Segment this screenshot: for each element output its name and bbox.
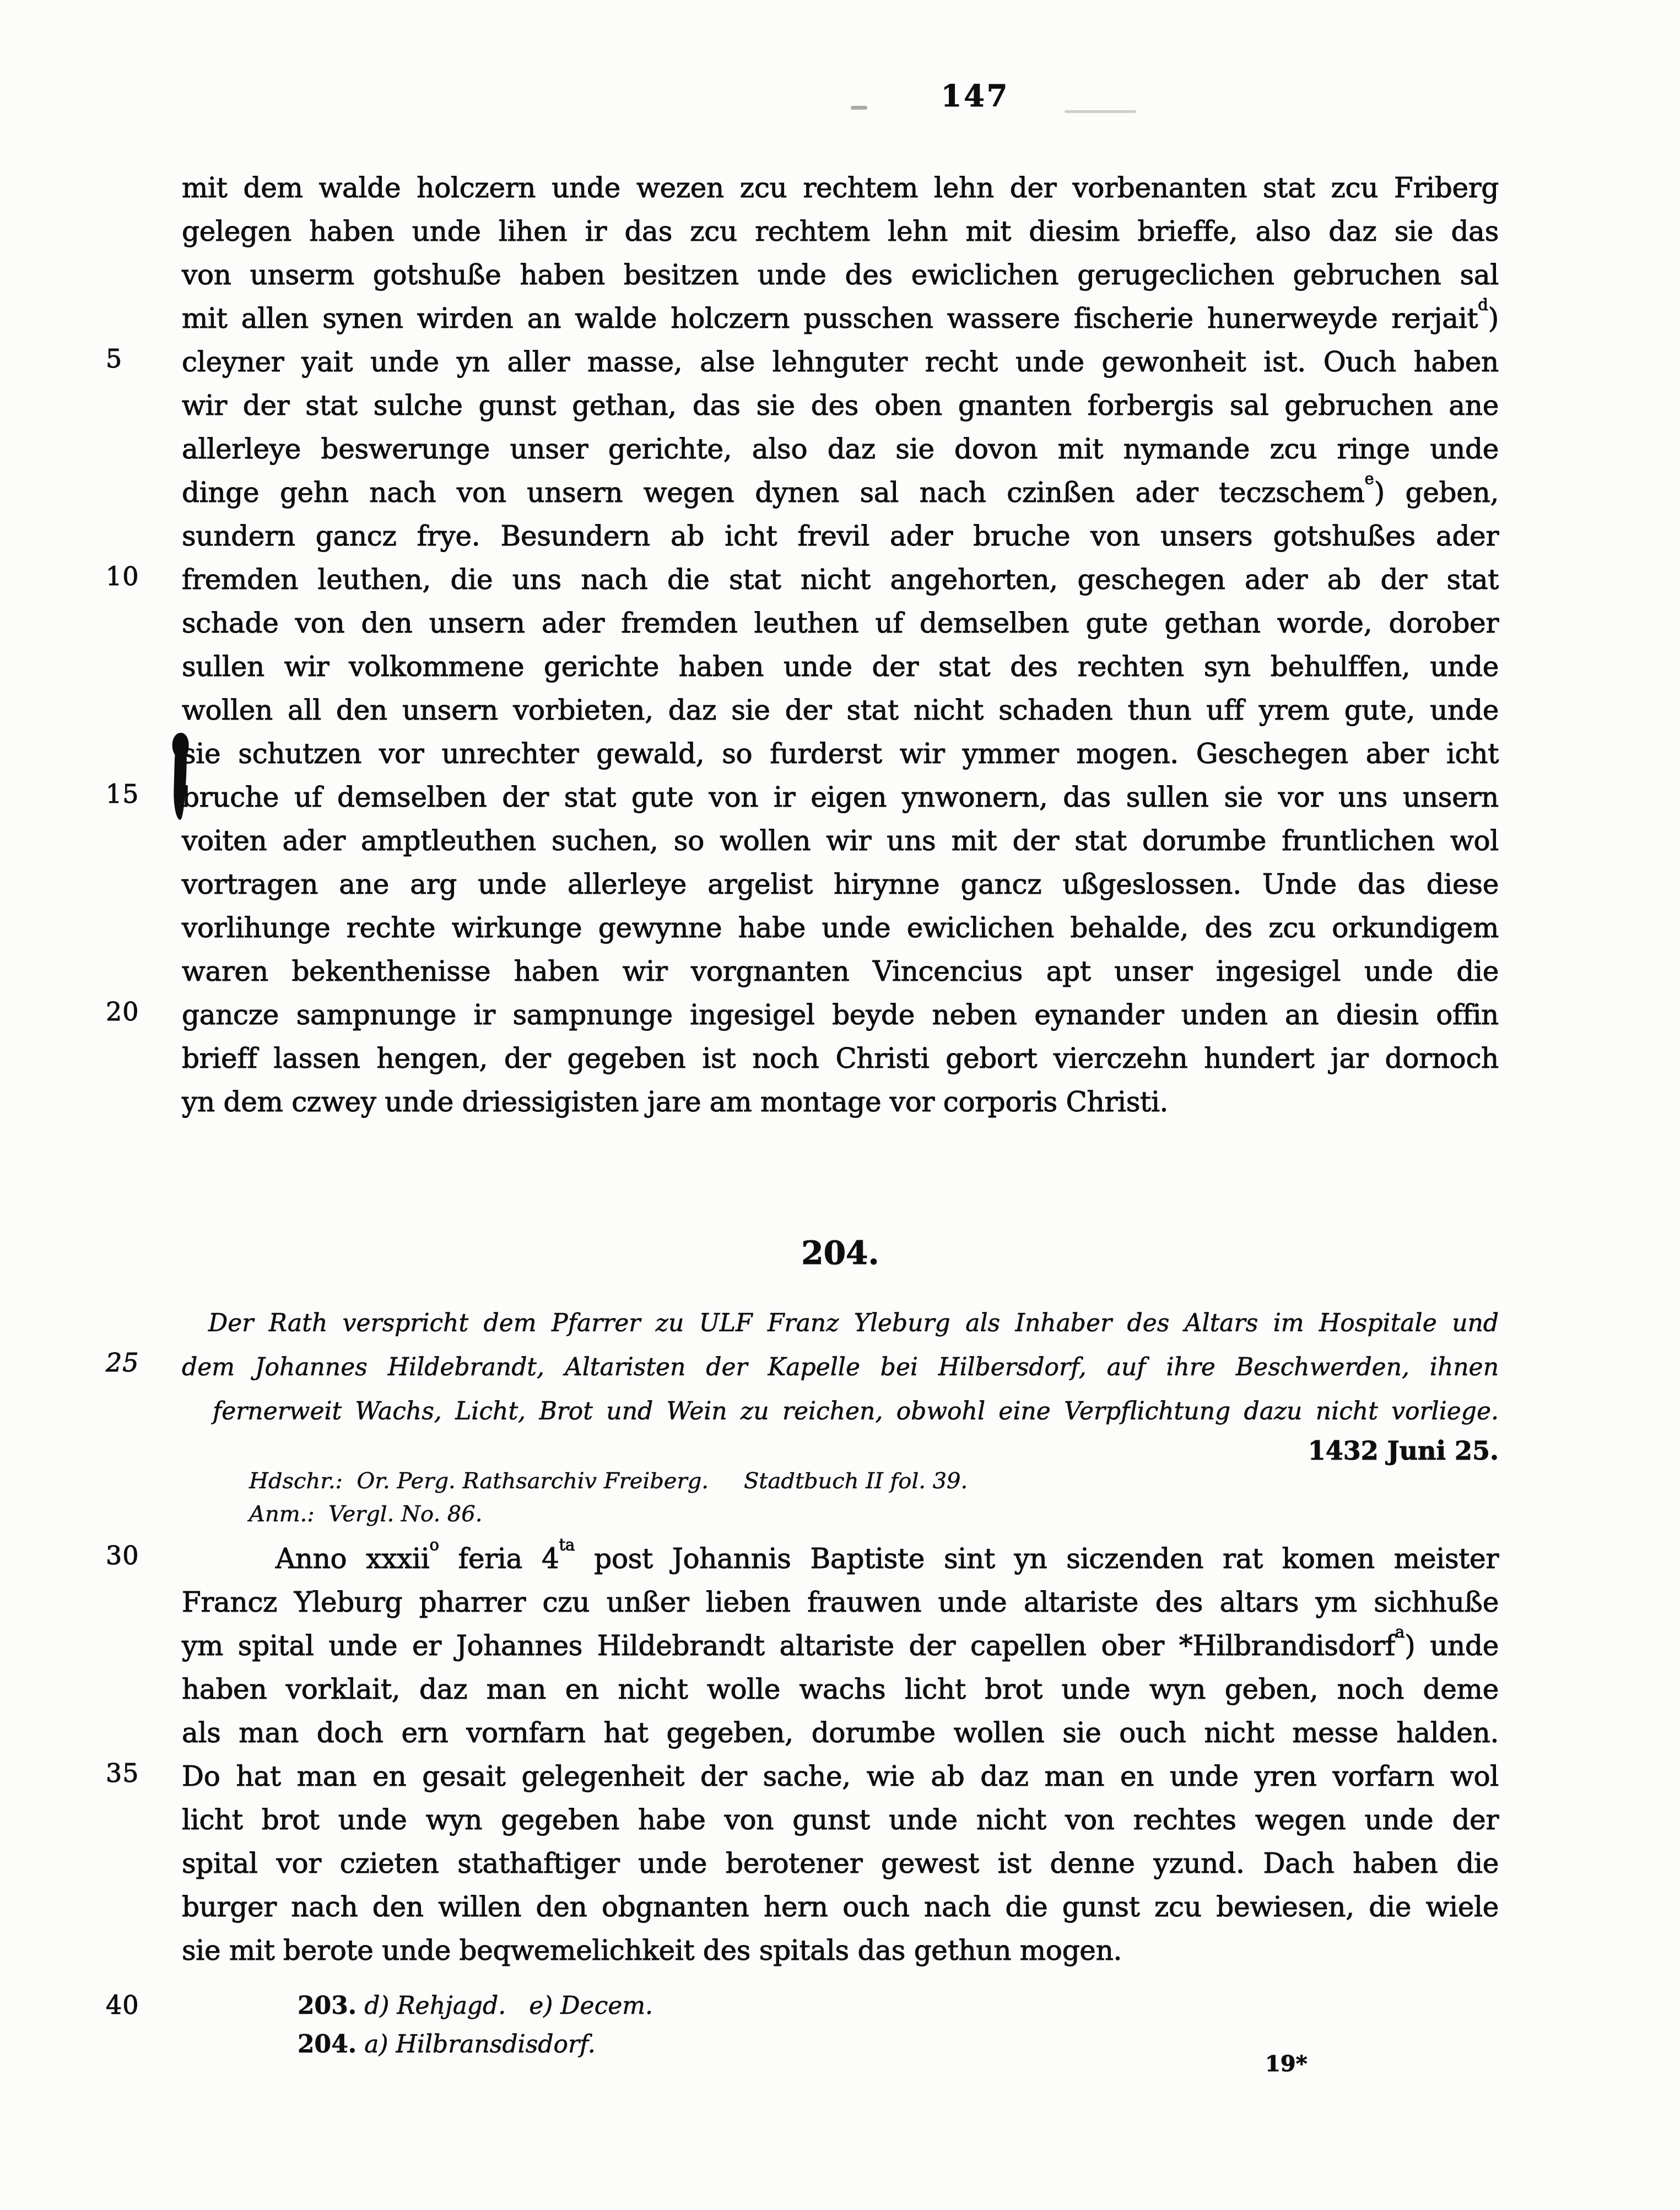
text-line: gelegen haben unde lihen ir das zcu rech…	[182, 210, 1499, 253]
footnote-text: a) Hilbransdisdorf.	[364, 2030, 595, 2058]
line-number: 5	[106, 344, 159, 374]
text-line: allerleye beswerunge unser gerichte, als…	[182, 428, 1499, 471]
document-203-text: mit dem walde holczern unde wezen zcu re…	[182, 166, 1499, 1124]
summary-line: dem Johannes Hildebrandt, Altaristen der…	[182, 1346, 1499, 1390]
text-line: gancze sampnunge ir sampnunge ingesigel …	[182, 993, 1499, 1037]
line-number: 20	[106, 997, 159, 1026]
text-line: Francz Yleburg pharrer czu unßer lieben …	[182, 1581, 1499, 1624]
document-204-source: Hdschr.: Or. Perg. Rathsarchiv Freiberg.…	[249, 1465, 1494, 1531]
source-anmerkung: Anm.: Vergl. No. 86.	[249, 1498, 1494, 1531]
text-line: waren bekenthenisse haben wir vorgnanten…	[182, 950, 1499, 993]
footnote-marker: o	[429, 1536, 439, 1554]
text-line: von unserm gotshuße haben besitzen unde …	[182, 253, 1499, 297]
text-line: als man doch ern vornfarn hat gegeben, d…	[182, 1711, 1499, 1755]
page-number: 147	[904, 78, 1047, 114]
footnote: 203. d) Rehjagd. e) Decem.	[298, 1987, 1400, 2025]
summary-line: fernerweit Wachs, Licht, Brot und Wein z…	[182, 1390, 1499, 1434]
scan-artifact	[1065, 110, 1136, 113]
text-line: burger nach den willen den obgnanten her…	[182, 1885, 1499, 1929]
line-number: 35	[106, 1758, 159, 1788]
text-line: licht brot unde wyn gegeben habe von gun…	[182, 1798, 1499, 1842]
text-line: vorlihunge rechte wirkunge gewynne habe …	[182, 906, 1499, 950]
text-line: mit dem walde holczern unde wezen zcu re…	[182, 166, 1499, 210]
footnote-number: 204.	[298, 2030, 356, 2058]
source-handschrift: Hdschr.: Or. Perg. Rathsarchiv Freiberg.…	[249, 1465, 1494, 1498]
footnotes: 203. d) Rehjagd. e) Decem. 204. a) Hilbr…	[298, 1987, 1400, 2064]
footnote-marker: d	[1478, 295, 1488, 314]
text-line: sie mit berote unde beqwemelichkeit des …	[182, 1929, 1499, 1973]
text-line: cleyner yait unde yn aller masse, alse l…	[182, 341, 1499, 384]
scanned-book-page: 147 5 10 15 20 25 30 35 40 mit dem walde…	[0, 0, 1680, 2210]
printer-signature-mark: 19*	[1265, 2051, 1308, 2077]
summary-line: Der Rath verspricht dem Pfarrer zu ULF F…	[182, 1301, 1499, 1346]
footnote-number: 203.	[298, 1992, 356, 2020]
footnote-text: d) Rehjagd. e) Decem.	[364, 1992, 653, 2020]
text-line: sundern gancz frye. Besundern ab icht fr…	[182, 515, 1499, 558]
text-line: Do hat man en gesait gelegenheit der sac…	[182, 1755, 1499, 1798]
text-line: voiten ader amptleuthen suchen, so wolle…	[182, 819, 1499, 863]
text-line: fremden leuthen, die uns nach die stat n…	[182, 558, 1499, 602]
text-line: brieff lassen hengen, der gegeben ist no…	[182, 1037, 1499, 1080]
document-204-heading: 204.	[182, 1234, 1499, 1272]
line-number: 40	[106, 1990, 159, 2020]
text-line: ym spital unde er Johannes Hildebrandt a…	[182, 1624, 1499, 1668]
source-handschrift-part2: Stadtbuch II fol. 39.	[744, 1468, 968, 1494]
text-line: schade von den unsern ader fremden leuth…	[182, 602, 1499, 645]
text-line: spital vor czieten stathaftiger unde ber…	[182, 1842, 1499, 1885]
text-line: dinge gehn nach von unsern wegen dynen s…	[182, 471, 1499, 515]
text-line: wir der stat sulche gunst gethan, das si…	[182, 384, 1499, 428]
document-204-date: 1432 Juni 25.	[182, 1436, 1499, 1466]
text-line: haben vorklait, daz man en nicht wolle w…	[182, 1668, 1499, 1711]
text-line: sie schutzen vor unrechter gewald, so fu…	[182, 732, 1499, 776]
document-204-summary: Der Rath verspricht dem Pfarrer zu ULF F…	[182, 1301, 1499, 1434]
footnote-marker: e	[1365, 469, 1374, 488]
line-number: 30	[106, 1541, 159, 1570]
footnote: 204. a) Hilbransdisdorf.	[298, 2025, 1400, 2064]
footnote-marker: a	[1395, 1623, 1404, 1641]
line-number: 25	[106, 1348, 159, 1377]
text-line: Anno xxxiio feria 4ta post Johannis Bapt…	[182, 1537, 1499, 1581]
footnote-marker: ta	[559, 1536, 575, 1554]
text-line: wollen all den unsern vorbieten, daz sie…	[182, 689, 1499, 732]
text-line: vortragen ane arg unde allerleye argelis…	[182, 863, 1499, 906]
source-handschrift-part1: Hdschr.: Or. Perg. Rathsarchiv Freiberg.	[249, 1468, 709, 1494]
text-line: yn dem czwey unde driessigisten jare am …	[182, 1080, 1499, 1124]
line-number: 15	[106, 779, 159, 809]
document-204-text: Anno xxxiio feria 4ta post Johannis Bapt…	[182, 1537, 1499, 1973]
scan-artifact	[851, 106, 867, 110]
line-number: 10	[106, 561, 159, 591]
text-line: bruche uf demselben der stat gute von ir…	[182, 776, 1499, 819]
text-line: mit allen synen wirden an walde holczern…	[182, 297, 1499, 341]
text-line: sullen wir volkommene gerichte haben und…	[182, 645, 1499, 689]
